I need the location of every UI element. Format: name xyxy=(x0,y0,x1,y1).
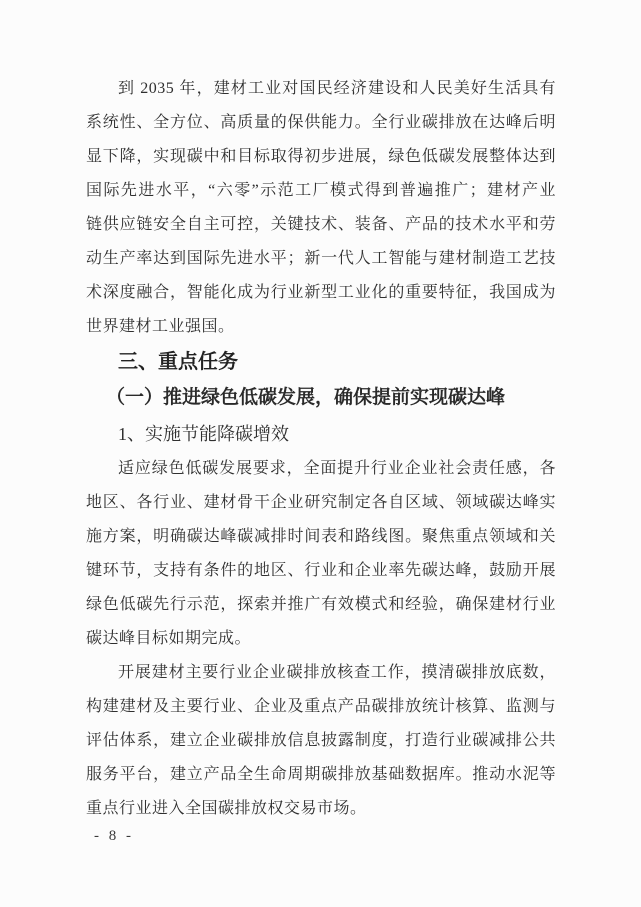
text-line: 到 2035 年，建材工业对国民经济建设和人民美好生活具有 xyxy=(86,72,556,106)
text-line: 开展建材主要行业企业碳排放核查工作，摸清碳排放底数， xyxy=(86,656,556,690)
document-body: 到 2035 年，建材工业对国民经济建设和人民美好生活具有系统性、全方位、高质量… xyxy=(86,72,556,845)
text-line: 绿色低碳先行示范，探索并推广有效模式和经验，确保建材行业 xyxy=(86,588,556,622)
paragraph: 到 2035 年，建材工业对国民经济建设和人民美好生活具有系统性、全方位、高质量… xyxy=(86,72,556,344)
text-line: 施方案，明确碳达峰碳减排时间表和路线图。聚焦重点领域和关 xyxy=(86,520,556,554)
text-line: 评估体系，建立企业碳排放信息披露制度，打造行业碳减排公共 xyxy=(86,724,556,758)
text-line: 显下降，实现碳中和目标取得初步进展，绿色低碳发展整体达到 xyxy=(86,140,556,174)
item-heading: 1、实施节能降碳增效 xyxy=(86,416,556,452)
text-line: 适应绿色低碳发展要求，全面提升行业企业社会责任感，各 xyxy=(86,452,556,486)
text-line: 国际先进水平，“六零”示范工厂模式得到普遍推广；建材产业 xyxy=(86,174,556,208)
paragraph: 适应绿色低碳发展要求，全面提升行业企业社会责任感，各地区、各行业、建材骨干企业研… xyxy=(86,452,556,656)
text-line: 重点行业进入全国碳排放权交易市场。 xyxy=(86,792,556,826)
section-heading: 三、重点任务 xyxy=(86,344,556,380)
text-line: 链供应链安全自主可控，关键技术、装备、产品的技术水平和劳 xyxy=(86,208,556,242)
subsection-heading: （一）推进绿色低碳发展，确保提前实现碳达峰 xyxy=(86,380,556,416)
text-line: 世界建材工业强国。 xyxy=(86,310,556,344)
text-line: 动生产率达到国际先进水平；新一代人工智能与建材制造工艺技 xyxy=(86,242,556,276)
text-line: 键环节，支持有条件的地区、行业和企业率先碳达峰，鼓励开展 xyxy=(86,554,556,588)
text-line: 服务平台，建立产品全生命周期碳排放基础数据库。推动水泥等 xyxy=(86,758,556,792)
text-line: 构建建材及主要行业、企业及重点产品碳排放统计核算、监测与 xyxy=(86,690,556,724)
paragraph: 开展建材主要行业企业碳排放核查工作，摸清碳排放底数，构建建材及主要行业、企业及重… xyxy=(86,656,556,826)
text-line: 系统性、全方位、高质量的保供能力。全行业碳排放在达峰后明 xyxy=(86,106,556,140)
document-page: 到 2035 年，建材工业对国民经济建设和人民美好生活具有系统性、全方位、高质量… xyxy=(0,0,641,907)
text-line: 地区、各行业、建材骨干企业研究制定各自区域、领域碳达峰实 xyxy=(86,486,556,520)
text-line: 碳达峰目标如期完成。 xyxy=(86,622,556,656)
page-number: - 8 - xyxy=(94,828,556,845)
text-line: 术深度融合，智能化成为行业新型工业化的重要特征，我国成为 xyxy=(86,276,556,310)
